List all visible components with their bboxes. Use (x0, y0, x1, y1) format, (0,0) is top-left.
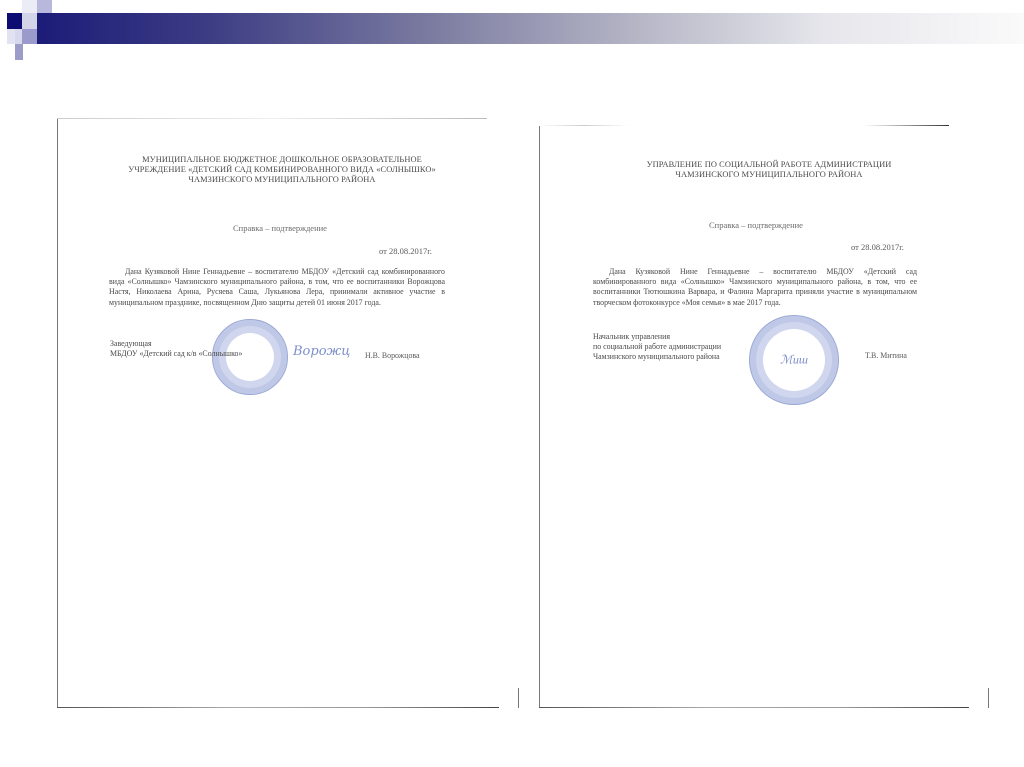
page-edge (518, 688, 519, 708)
decor-square (22, 29, 37, 44)
document-title: Справка – подтверждение (709, 220, 803, 230)
certificate-document-right: УПРАВЛЕНИЕ ПО СОЦИАЛЬНОЙ РАБОТЕ АДМИНИСТ… (539, 125, 989, 708)
decor-square (22, 13, 37, 29)
signer-name: Т.В. Митина (865, 351, 907, 360)
page-edge (539, 125, 540, 708)
decor-square (15, 29, 22, 44)
page-edge (57, 118, 487, 119)
page-edge (864, 125, 949, 126)
heading-line: ЧАМЗИНСКОГО МУНИЦИПАЛЬНОГО РАЙОНА (107, 175, 457, 185)
heading-line: МУНИЦИПАЛЬНОЕ БЮДЖЕТНОЕ ДОШКОЛЬНОЕ ОБРАЗ… (107, 155, 457, 165)
handwritten-signature: Ворожц (293, 344, 350, 359)
organization-heading: УПРАВЛЕНИЕ ПО СОЦИАЛЬНОЙ РАБОТЕ АДМИНИСТ… (599, 160, 939, 180)
stamp-emblem: ℳиш (780, 353, 808, 368)
page-edge (57, 118, 58, 708)
document-body: Дана Кузяковой Нине Геннадьевне – воспит… (109, 267, 445, 308)
heading-line: ЧАМЗИНСКОГО МУНИЦИПАЛЬНОГО РАЙОНА (599, 170, 939, 180)
document-date: от 28.08.2017г. (851, 242, 904, 252)
position-line: МБДОУ «Детский сад к/в «Солнышко» (110, 349, 242, 359)
official-stamp: ℳиш (749, 315, 839, 405)
decor-square (22, 0, 37, 13)
slide-header-gradient-bar (28, 13, 1024, 44)
certificate-document-left: МУНИЦИПАЛЬНОЕ БЮДЖЕТНОЕ ДОШКОЛЬНОЕ ОБРАЗ… (57, 118, 519, 708)
decor-square (37, 0, 52, 13)
document-title: Справка – подтверждение (233, 223, 327, 233)
signer-name: Н.В. Ворожцова (365, 351, 420, 360)
organization-heading: МУНИЦИПАЛЬНОЕ БЮДЖЕТНОЕ ДОШКОЛЬНОЕ ОБРАЗ… (107, 155, 457, 185)
page-edge (539, 125, 629, 126)
signatory-position: Заведующая МБДОУ «Детский сад к/в «Солны… (110, 339, 242, 359)
document-body: Дана Кузяковой Нине Геннадьевне – воспит… (593, 267, 917, 308)
position-line: Чамзинского муниципального района (593, 352, 721, 362)
page-edge (988, 688, 989, 708)
position-line: по социальной работе администрации (593, 342, 721, 352)
decor-square (15, 44, 23, 60)
decor-square (7, 29, 15, 44)
position-line: Заведующая (110, 339, 242, 349)
decor-square (7, 13, 22, 29)
signatory-position: Начальник управления по социальной работ… (593, 332, 721, 362)
heading-line: УЧРЕЖДЕНИЕ «ДЕТСКИЙ САД КОМБИНИРОВАННОГО… (107, 165, 457, 175)
page-edge (57, 707, 499, 708)
page-edge (539, 707, 969, 708)
position-line: Начальник управления (593, 332, 721, 342)
document-date: от 28.08.2017г. (379, 246, 432, 256)
heading-line: УПРАВЛЕНИЕ ПО СОЦИАЛЬНОЙ РАБОТЕ АДМИНИСТ… (599, 160, 939, 170)
